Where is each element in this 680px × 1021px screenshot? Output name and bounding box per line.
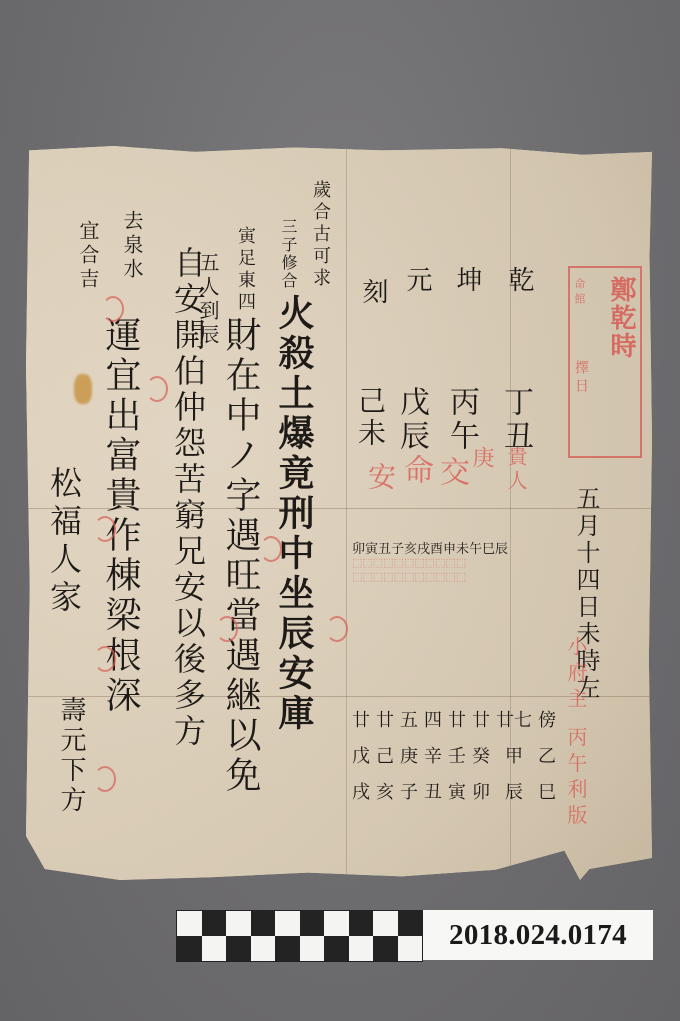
lower-table-col: 廿 癸 卯 — [472, 706, 490, 804]
red-annotation-guiren: 貴人 — [506, 446, 526, 494]
lower-table: 傍 乙 巳 廿七 甲 辰 廿 癸 卯 廿 壬 寅 四 辛 丑 五 庚 子 — [352, 706, 556, 804]
red-circle-mark — [94, 516, 116, 542]
lower-table-col: 五 庚 子 — [400, 706, 418, 804]
lower-table-col: 廿 戊 戌 — [352, 706, 370, 804]
body-column-2: 火殺土爆竟刑中坐辰安庫 — [276, 294, 312, 734]
stamp-side-text: 命館 — [574, 278, 585, 308]
color-scale-bar — [176, 910, 423, 962]
body-column-6: 去泉水 — [122, 210, 142, 282]
red-printed-text: ⬚⬚⬚⬚⬚⬚⬚⬚⬚⬚⬚⬚⬚⬚⬚⬚⬚⬚⬚⬚⬚⬚ — [352, 556, 512, 586]
pillar-column-1-chars: 丁丑 — [500, 386, 530, 454]
pillar-column-3-chars: 戊辰 — [396, 386, 426, 454]
lower-table-col: 廿七 甲 辰 — [496, 706, 532, 804]
accession-number-label: 2018.024.0174 — [423, 910, 653, 960]
lower-table-col: 傍 乙 巳 — [538, 706, 556, 804]
lower-table-col: 廿 己 亥 — [376, 706, 394, 804]
body-column-2a: 三子修合 — [280, 218, 296, 290]
body-column-1: 歲合古可求 — [311, 180, 329, 290]
red-circle-mark — [216, 616, 238, 642]
stamp-main-text: 鄭乾時 — [608, 276, 634, 360]
red-annotation: 庚 — [470, 446, 492, 472]
document-paper: 鄭乾時 擇日 命館 乾 丁丑 坤 丙午 元 戊辰 刻 己未 貴人 庚 交 命 安… — [26, 146, 652, 880]
paper-stain — [74, 374, 92, 404]
red-annotation: 命 — [400, 454, 430, 488]
lower-table-col: 廿 壬 寅 — [448, 706, 466, 804]
lower-table-col: 四 辛 丑 — [424, 706, 442, 804]
red-circle-mark — [102, 296, 124, 322]
red-circle-mark — [94, 766, 116, 792]
body-column-7: 宜合吉 — [78, 220, 98, 292]
pillar-1-top: 乾 — [504, 266, 534, 296]
body-column-10: 壽元下方 — [58, 696, 84, 816]
fold-line-vertical — [346, 146, 347, 880]
stamp-sub-text: 擇日 — [574, 360, 588, 396]
red-side-note: 小府主 丙午利版 — [566, 636, 586, 830]
red-circle-mark — [326, 616, 348, 642]
red-circle-mark — [146, 376, 168, 402]
red-annotation: 安 — [366, 462, 394, 494]
red-annotation: 交 — [436, 456, 466, 490]
branch-row: 卯寅丑子亥戌酉申未午巳辰 — [352, 538, 508, 557]
body-column-3a: 寅足東四 — [236, 226, 254, 314]
red-circle-mark — [260, 536, 282, 562]
pillar-column-2: 坤 — [454, 266, 480, 296]
body-column-5: 自安開伯仲怨苦窮兄安以後多方 — [172, 246, 204, 750]
pillar-column-4-chars: 己未 — [356, 386, 384, 450]
red-stamp: 鄭乾時 擇日 命館 — [568, 266, 642, 458]
pillar-column-3: 元 — [404, 266, 430, 296]
body-column-3: 財在中ノ字遇旺當遇継以免 — [222, 316, 258, 796]
red-circle-mark — [94, 646, 116, 672]
pillar-column-1: 乾 — [506, 266, 532, 296]
body-column-9: 松福人家 — [48, 466, 80, 618]
pillar-column-4: 刻 — [360, 278, 386, 308]
pillar-column-2-chars: 丙午 — [446, 386, 476, 454]
